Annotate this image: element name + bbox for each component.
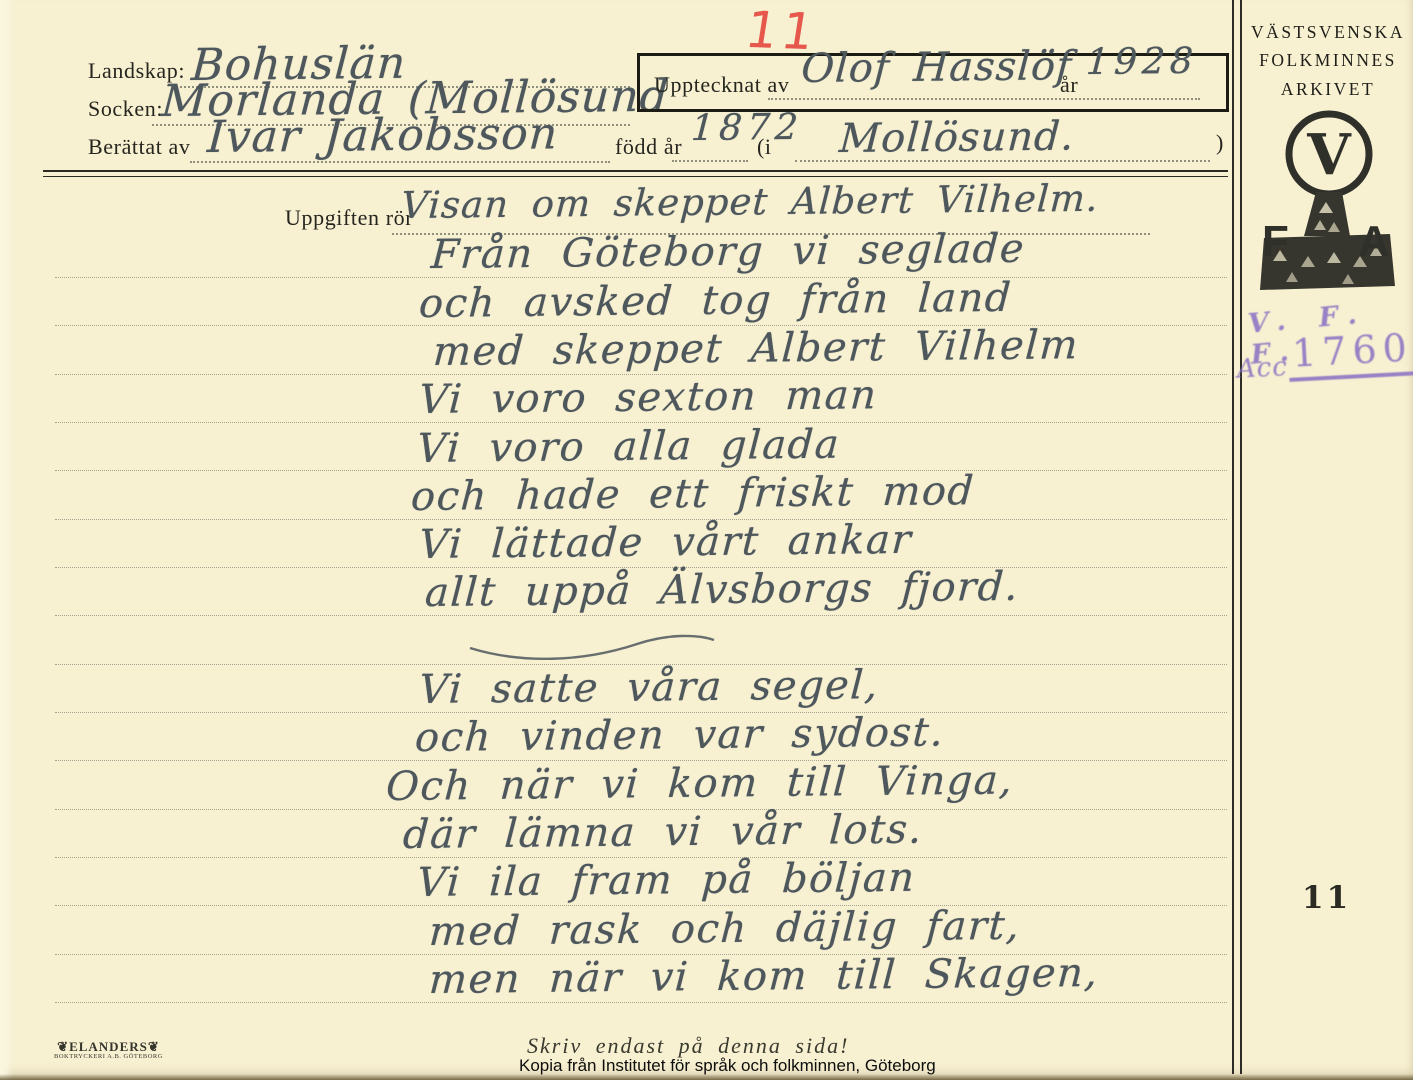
upptecknat-value: Olof Hasslöf <box>800 43 1073 92</box>
vfa-logo-thor-hammer-icon: V F A <box>1256 104 1398 308</box>
verse-line: med rask och däjlig fart, <box>428 906 1022 952</box>
archive-record-card: Landskap: Bohuslän Socken: Morlanda (Mol… <box>0 0 1413 1080</box>
header-rule-top <box>43 170 1228 172</box>
printer-ornament-right: ❦ <box>148 1039 160 1054</box>
logo-letter-v: V <box>1306 122 1352 188</box>
archive-name-line2: FOLKMINNES <box>1246 46 1410 74</box>
scan-bottom-shadow <box>0 1074 1413 1080</box>
verse-line: och vinden var sydost. <box>414 712 946 758</box>
verse-line: allt uppå Älvsborgs fjord. <box>424 567 1020 613</box>
margin-rule-right <box>1240 0 1242 1074</box>
copy-attribution-note: Kopia från Institutet för språk och folk… <box>519 1056 936 1076</box>
uppgiften-label: Uppgiften rör <box>285 205 413 231</box>
fodd-paren-close: ) <box>1216 130 1224 156</box>
berattat-label: Berättat av <box>88 134 191 160</box>
verse-line: och avsked tog från land <box>418 278 1013 324</box>
archive-name: VÄSTSVENSKA FOLKMINNES ARKIVET <box>1246 18 1410 103</box>
uppgiften-value: Visan om skeppet Albert Vilhelm. <box>400 177 1100 227</box>
verse-line: Vi lättade vårt ankar <box>418 520 913 565</box>
stamp-number: 1760 <box>1287 324 1413 382</box>
archive-name-line3: ARKIVET <box>1246 75 1410 103</box>
logo-letter-a: A <box>1358 217 1390 266</box>
printer-subline: BOKTRYCKERI A.B. GÖTEBORG <box>54 1054 163 1061</box>
verse-line: Vi voro alla glada <box>416 425 841 469</box>
verse-line: med skeppet Albert Vilhelm <box>432 325 1080 372</box>
socken-label: Socken: <box>88 96 163 122</box>
scan-left-edge <box>0 0 12 1080</box>
verse-line: Och när vi kom till Vinga, <box>385 760 1015 807</box>
fodd-ar-value: 1872 <box>690 107 804 149</box>
printer-mark: ❦ELANDERS❦ BOKTRYCKERI A.B. GÖTEBORG <box>54 1040 163 1060</box>
red-page-mark: 11 <box>742 1 822 61</box>
verse-line: och hade ett friskt mod <box>410 471 976 517</box>
archive-name-line1: VÄSTSVENSKA <box>1246 18 1410 46</box>
upptecknat-ar-label: år <box>1060 72 1078 98</box>
printer-ornament-left: ❦ <box>57 1039 69 1054</box>
page-number: 11 <box>1302 880 1351 916</box>
ruled-line <box>55 615 1227 616</box>
fodd-ar-leader-line <box>672 160 748 162</box>
verse-line: där lämna vi vår lots. <box>402 810 924 855</box>
verse-line: Från Göteborg vi seglade <box>430 229 1026 275</box>
verse-line: men när vi kom till Skagen, <box>428 953 1100 1000</box>
verse-line: Vi ila fram på böljan <box>416 858 917 903</box>
stamp-acc: Acc <box>1236 352 1288 385</box>
archive-accession-stamp: V. F. F. Acc 1760 <box>1233 293 1413 406</box>
fodd-ar-label: född år <box>615 134 682 160</box>
upptecknat-leader-line <box>768 98 1200 100</box>
printer-name: ELANDERS <box>69 1039 148 1054</box>
ruled-line <box>55 1002 1227 1003</box>
upptecknat-ar-value: 1928 <box>1085 41 1199 83</box>
logo-letter-f: F <box>1262 217 1289 266</box>
upptecknat-label: Upptecknat av <box>654 72 789 98</box>
flourish <box>462 628 722 664</box>
verse-line: Vi satte våra segel, <box>418 665 880 710</box>
fodd-place-value: Mollösund. <box>838 114 1076 162</box>
verse-line: Vi voro sexton man <box>418 375 879 420</box>
berattat-value: Ivar Jakobsson <box>206 108 560 163</box>
fodd-paren-open: (i <box>757 134 772 160</box>
margin-rule-left <box>1232 0 1234 1074</box>
